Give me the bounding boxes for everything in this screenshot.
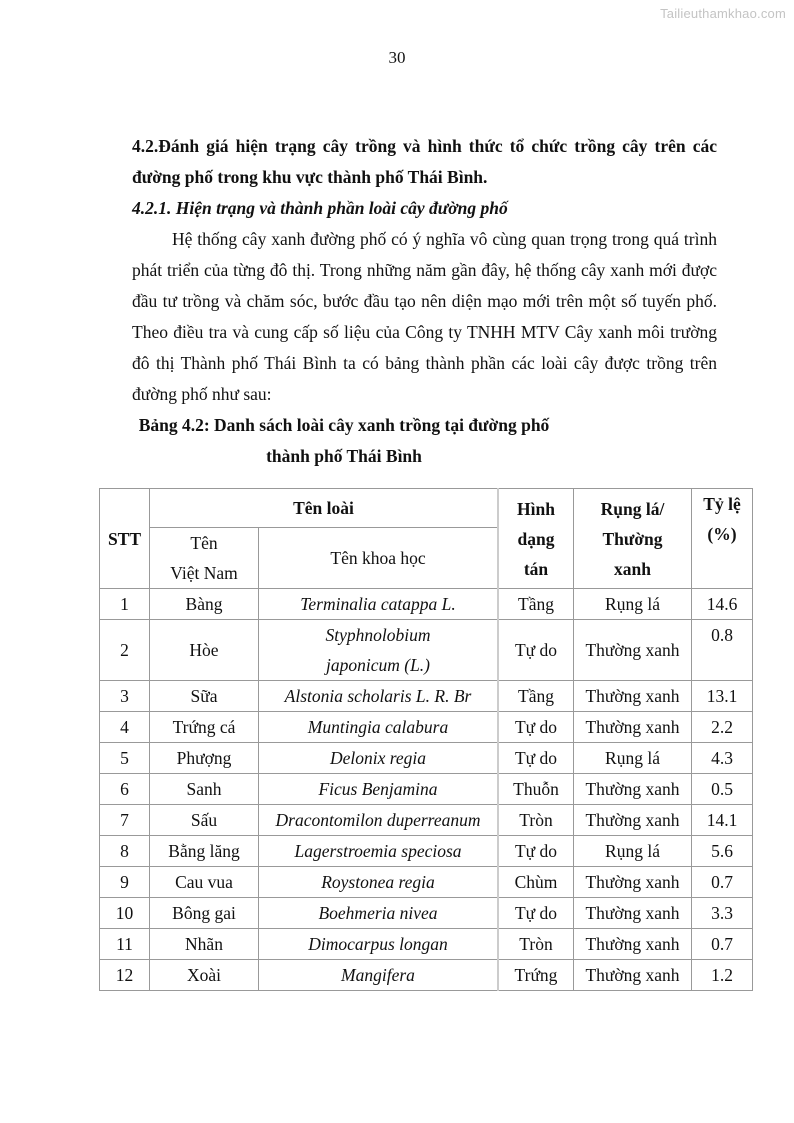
table-row: 4Trứng cáMuntingia calaburaTự doThường x… <box>100 712 753 743</box>
section-heading-line-2: đường phố trong khu vực thành phố Thái B… <box>132 167 487 187</box>
header-canopy-shape-line-3: tán <box>524 559 548 579</box>
cell-vietnamese-name: Xoài <box>150 960 259 991</box>
cell-canopy-shape: Tự do <box>498 712 574 743</box>
cell-rate: 13.1 <box>692 681 753 712</box>
cell-scientific-name: Boehmeria nivea <box>259 898 499 929</box>
subsection-heading: 4.2.1. Hiện trạng và thành phần loài cây… <box>132 193 717 224</box>
cell-stt: 8 <box>100 836 150 867</box>
cell-leaf-type: Thường xanh <box>574 898 692 929</box>
header-scientific-name: Tên khoa học <box>259 528 499 589</box>
table-row: 5PhượngDelonix regiaTự doRụng lá4.3 <box>100 743 753 774</box>
cell-vietnamese-name: Nhãn <box>150 929 259 960</box>
cell-leaf-type: Thường xanh <box>574 681 692 712</box>
cell-leaf-type: Rụng lá <box>574 589 692 620</box>
section-heading-line-1: 4.2.Đánh giá hiện trạng cây trồng và hìn… <box>132 131 717 162</box>
cell-rate: 0.7 <box>692 929 753 960</box>
cell-scientific-name: Lagerstroemia speciosa <box>259 836 499 867</box>
cell-leaf-type: Thường xanh <box>574 929 692 960</box>
species-table: STT Tên loài Hình dạng tán Rụng lá/ Thườ… <box>99 488 753 991</box>
cell-scientific-name: Styphnolobiumjaponicum (L.) <box>259 620 499 681</box>
watermark: Tailieuthamkhao.com <box>660 6 786 21</box>
cell-stt: 6 <box>100 774 150 805</box>
cell-vietnamese-name: Hòe <box>150 620 259 681</box>
cell-rate: 2.2 <box>692 712 753 743</box>
cell-rate: 14.6 <box>692 589 753 620</box>
cell-stt: 9 <box>100 867 150 898</box>
cell-rate: 3.3 <box>692 898 753 929</box>
cell-canopy-shape: Tròn <box>498 805 574 836</box>
table-row: 2HòeStyphnolobiumjaponicum (L.)Tự doThườ… <box>100 620 753 681</box>
cell-stt: 12 <box>100 960 150 991</box>
cell-leaf-type: Thường xanh <box>574 805 692 836</box>
cell-rate: 4.3 <box>692 743 753 774</box>
cell-canopy-shape: Tự do <box>498 898 574 929</box>
cell-rate: 0.8 <box>692 620 753 681</box>
cell-scientific-name: Muntingia calabura <box>259 712 499 743</box>
cell-vietnamese-name: Sấu <box>150 805 259 836</box>
cell-scientific-name: Roystonea regia <box>259 867 499 898</box>
header-rate-line-1: Tỷ lệ <box>703 494 740 514</box>
cell-stt: 1 <box>100 589 150 620</box>
cell-stt: 2 <box>100 620 150 681</box>
cell-vietnamese-name: Cau vua <box>150 867 259 898</box>
section-heading: 4.2.Đánh giá hiện trạng cây trồng và hìn… <box>132 131 717 193</box>
cell-scientific-name: Mangifera <box>259 960 499 991</box>
table-caption-line-1: Bảng 4.2: Danh sách loài cây xanh trồng … <box>24 410 664 441</box>
cell-canopy-shape: Tầng <box>498 589 574 620</box>
header-canopy-shape-line-1: Hình <box>517 499 555 519</box>
cell-leaf-type: Thường xanh <box>574 620 692 681</box>
cell-leaf-type: Thường xanh <box>574 867 692 898</box>
cell-scientific-name: Ficus Benjamina <box>259 774 499 805</box>
cell-leaf-type: Thường xanh <box>574 712 692 743</box>
cell-rate: 0.5 <box>692 774 753 805</box>
table-row: 7SấuDracontomilon duperreanumTrònThường … <box>100 805 753 836</box>
header-stt: STT <box>100 489 150 589</box>
cell-rate: 1.2 <box>692 960 753 991</box>
header-leaf-type-line-1: Rụng lá/ <box>601 499 665 519</box>
cell-scientific-name: Delonix regia <box>259 743 499 774</box>
cell-canopy-shape: Thuỗn <box>498 774 574 805</box>
cell-vietnamese-name: Sữa <box>150 681 259 712</box>
cell-stt: 3 <box>100 681 150 712</box>
cell-canopy-shape: Tròn <box>498 929 574 960</box>
header-rate: Tỷ lệ (%) <box>692 489 753 589</box>
header-leaf-type-line-2: Thường <box>602 529 662 549</box>
table-caption: Bảng 4.2: Danh sách loài cây xanh trồng … <box>24 410 664 472</box>
table-header-row: STT Tên loài Hình dạng tán Rụng lá/ Thườ… <box>100 489 753 528</box>
cell-canopy-shape: Tự do <box>498 836 574 867</box>
table-row: 11NhãnDimocarpus longanTrònThường xanh0.… <box>100 929 753 960</box>
cell-canopy-shape: Tự do <box>498 743 574 774</box>
cell-scientific-name: Dimocarpus longan <box>259 929 499 960</box>
table-row: 12XoàiMangiferaTrứngThường xanh1.2 <box>100 960 753 991</box>
cell-vietnamese-name: Bàng <box>150 589 259 620</box>
cell-stt: 10 <box>100 898 150 929</box>
header-vietnamese-name-line-2: Việt Nam <box>170 563 237 583</box>
cell-leaf-type: Rụng lá <box>574 743 692 774</box>
cell-leaf-type: Thường xanh <box>574 960 692 991</box>
cell-rate: 0.7 <box>692 867 753 898</box>
cell-vietnamese-name: Trứng cá <box>150 712 259 743</box>
page-number: 30 <box>0 48 794 68</box>
cell-scientific-name: Dracontomilon duperreanum <box>259 805 499 836</box>
cell-leaf-type: Rụng lá <box>574 836 692 867</box>
cell-canopy-shape: Tầng <box>498 681 574 712</box>
header-canopy-shape-line-2: dạng <box>518 529 555 549</box>
cell-vietnamese-name: Bằng lăng <box>150 836 259 867</box>
table-row: 6SanhFicus BenjaminaThuỗnThường xanh0.5 <box>100 774 753 805</box>
table-row: 1BàngTerminalia catappa L.TầngRụng lá14.… <box>100 589 753 620</box>
header-vietnamese-name-line-1: Tên <box>190 533 217 553</box>
table-row: 3SữaAlstonia scholaris L. R. BrTầngThườn… <box>100 681 753 712</box>
cell-scientific-name: Alstonia scholaris L. R. Br <box>259 681 499 712</box>
cell-scientific-name: Terminalia catappa L. <box>259 589 499 620</box>
cell-stt: 11 <box>100 929 150 960</box>
header-leaf-type: Rụng lá/ Thường xanh <box>574 489 692 589</box>
cell-canopy-shape: Chùm <box>498 867 574 898</box>
table-row: 10Bông gaiBoehmeria niveaTự doThường xan… <box>100 898 753 929</box>
cell-vietnamese-name: Bông gai <box>150 898 259 929</box>
header-rate-line-2: (%) <box>707 524 736 544</box>
cell-canopy-shape: Tự do <box>498 620 574 681</box>
header-vietnamese-name: Tên Việt Nam <box>150 528 259 589</box>
header-leaf-type-line-3: xanh <box>614 559 651 579</box>
cell-rate: 5.6 <box>692 836 753 867</box>
cell-scientific-name-line-1: Styphnolobium <box>326 625 431 645</box>
cell-scientific-name-line-2: japonicum (L.) <box>326 655 430 675</box>
cell-leaf-type: Thường xanh <box>574 774 692 805</box>
table-row: 8Bằng lăngLagerstroemia speciosaTự doRụn… <box>100 836 753 867</box>
cell-stt: 7 <box>100 805 150 836</box>
cell-canopy-shape: Trứng <box>498 960 574 991</box>
intro-paragraph: Hệ thống cây xanh đường phố có ý nghĩa v… <box>132 224 717 410</box>
cell-rate: 14.1 <box>692 805 753 836</box>
cell-stt: 5 <box>100 743 150 774</box>
table-body: 1BàngTerminalia catappa L.TầngRụng lá14.… <box>100 589 753 991</box>
table-caption-line-2: thành phố Thái Bình <box>24 441 664 472</box>
cell-stt: 4 <box>100 712 150 743</box>
header-species-name: Tên loài <box>150 489 499 528</box>
header-canopy-shape: Hình dạng tán <box>498 489 574 589</box>
cell-vietnamese-name: Phượng <box>150 743 259 774</box>
table-row: 9Cau vuaRoystonea regiaChùmThường xanh0.… <box>100 867 753 898</box>
cell-vietnamese-name: Sanh <box>150 774 259 805</box>
document-body: 4.2.Đánh giá hiện trạng cây trồng và hìn… <box>132 131 717 472</box>
